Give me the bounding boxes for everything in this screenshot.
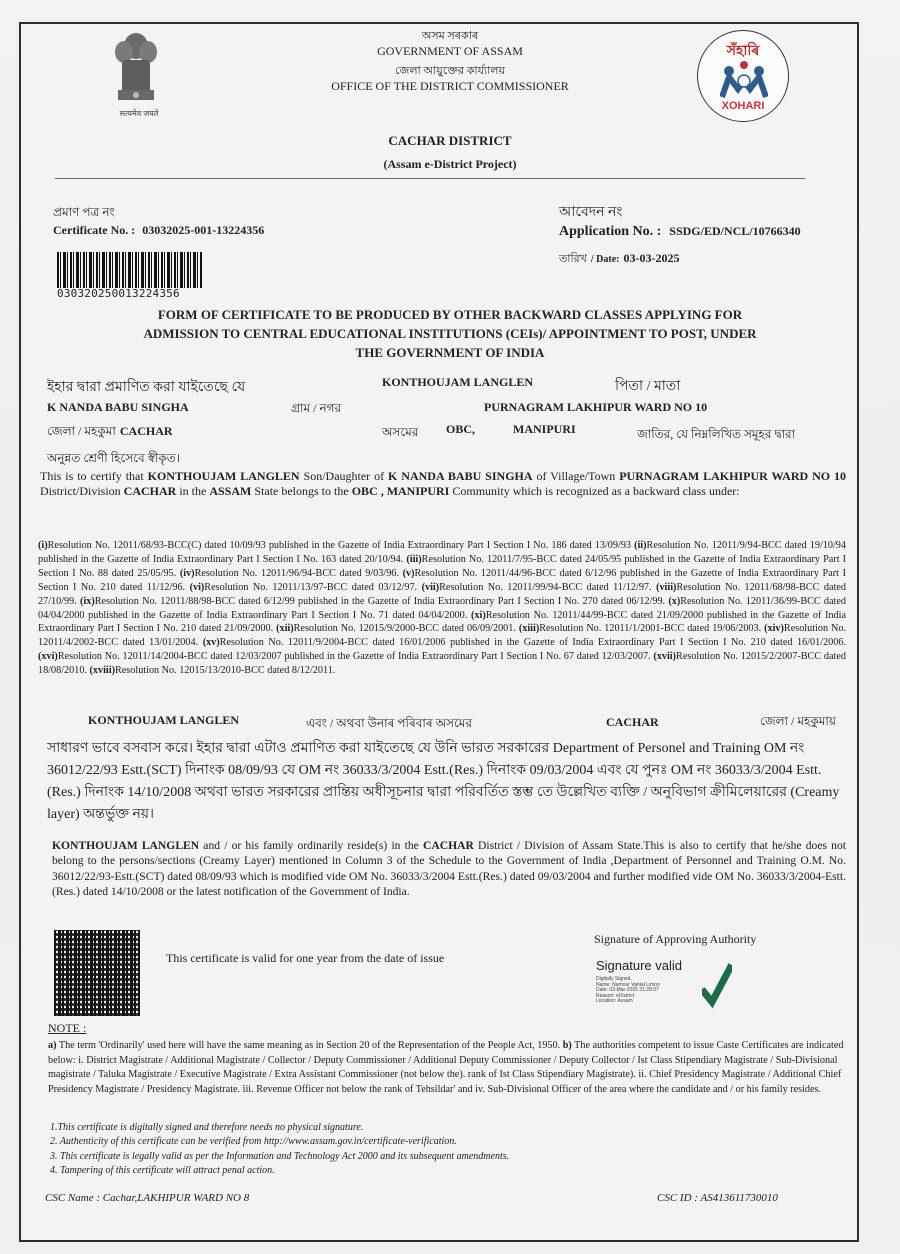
date-value: 03-03-2025 — [623, 251, 679, 265]
village-name: PURNAGRAM LAKHIPUR WARD NO 10 — [484, 400, 707, 415]
footnote: 1.This certificate is digitally signed a… — [50, 1121, 509, 1135]
resolution-number: (xvi) — [38, 651, 58, 662]
district-row-bn: জেলা / মহকুমা CACHAR — [47, 422, 173, 443]
recognized-bn: অনুন্নত শ্রেণী হিসেবে স্বীকৃত। — [47, 450, 180, 470]
resolution-text: Resolution No. 12011/13/97-BCC dated 03/… — [204, 582, 421, 593]
family-label-bn: এবং / অথবা উনাৰ পৰিবাৰ অসমের — [306, 715, 472, 735]
resolution-number: (vii) — [422, 582, 440, 593]
district-label-bn: জেলা / মহকুমা — [47, 424, 116, 438]
app-no-value: SSDG/ED/NCL/10766340 — [669, 224, 800, 238]
resolution-number: (xvii) — [653, 651, 676, 662]
resolution-text: Resolution No. 12011/9/2004-BCC dated 16… — [220, 637, 846, 648]
village-label-bn: গ্রাম / নগর — [291, 400, 341, 420]
resolution-text: Resolution No. 12011/68/93-BCC(C) dated … — [48, 540, 634, 551]
district-name: CACHAR — [120, 424, 173, 438]
logo-bottom-text: XOHARI — [698, 100, 788, 112]
footnote-verification-link[interactable]: 2. Authenticity of this certificate can … — [50, 1135, 509, 1149]
category: OBC, — [446, 422, 475, 437]
barcode-text: 030320250013224356 — [57, 287, 180, 300]
resolution-text: Resolution No. 12011/88/98-BCC dated 6/1… — [95, 596, 669, 607]
checkmark-icon — [702, 962, 732, 1012]
date-label: / Date: — [591, 254, 620, 265]
resolution-number: (xv) — [203, 637, 220, 648]
footnote: 3. This certificate is legally valid as … — [50, 1150, 509, 1164]
app-no-label: Application No. : — [559, 224, 661, 239]
form-title: FORM OF CERTIFICATE TO BE PRODUCED BY OT… — [0, 305, 900, 362]
community: MANIPURI — [513, 422, 576, 437]
cert-no-label-bn: প্রমাণ পত্র নং — [53, 204, 115, 224]
residence-bn-paragraph: সাধারণ ভাবে বসবাস করে। ইহার দ্বারা এটাও … — [47, 738, 847, 826]
resolution-text: Resolution No. 12011/14/2004-BCC dated 1… — [58, 651, 654, 662]
emblem-caption: सत्यमेव जयते — [104, 108, 174, 119]
parent-label-bn: পিতা / মাতা — [615, 374, 680, 398]
resolution-text: Resolution No. 12015/13/2010-BCC dated 8… — [115, 665, 335, 676]
resolution-number: (viii) — [656, 582, 676, 593]
note-label: NOTE : — [48, 1021, 86, 1036]
residence-name: KONTHOUJAM LANGLEN — [88, 713, 239, 728]
resolution-text: Resolution No. 12011/99/94-BCC dated 11/… — [439, 582, 656, 593]
resolution-text: Resolution No. 12015/9/2000-BCC dated 06… — [294, 623, 519, 634]
resolution-number: (xviii) — [90, 665, 115, 676]
app-no-row: Application No. : SSDG/ED/NCL/10766340 — [559, 222, 801, 240]
form-title-line: THE GOVERNMENT OF INDIA — [0, 343, 900, 362]
validity-text: This certificate is valid for one year f… — [166, 951, 444, 966]
certificate-page: सत्यमेव जयते সঁহাৰি XOHARI অসম সৰকাৰ GOV… — [0, 0, 900, 1254]
app-no-label-bn: আবেদন নং — [559, 200, 622, 224]
resolution-text: Resolution No. 12011/1/2001-BCC dated 19… — [539, 623, 764, 634]
resolution-number: (vi) — [190, 582, 205, 593]
resolution-number: (ix) — [80, 596, 95, 607]
date-row: তারিখ / Date: 03-03-2025 — [559, 249, 679, 269]
resolution-number: (x) — [668, 596, 680, 607]
footnote: 4. Tampering of this certificate will at… — [50, 1164, 509, 1178]
district-title: CACHAR DISTRICT — [0, 133, 900, 149]
state-label-bn: অসমের — [382, 424, 418, 444]
signature-label: Signature of Approving Authority — [594, 932, 756, 947]
qr-code-icon — [54, 930, 140, 1016]
resolution-number: (iv) — [180, 568, 195, 579]
certify-paragraph: This is to certify that KONTHOUJAM LANGL… — [40, 469, 846, 499]
resolution-number: (xii) — [276, 623, 294, 634]
caste-label-bn: জাতির, যে নিম্নলিখিত সমূহর দ্বারা — [637, 426, 795, 446]
district-suffix-bn: জেলা / মহকুমায় — [760, 713, 836, 733]
cert-no-row: Certificate No. : 03032025-001-13224356 — [53, 223, 264, 238]
office-title: OFFICE OF THE DISTRICT COMMISSIONER — [0, 79, 900, 94]
barcode-icon — [57, 252, 202, 288]
certify-bn: ইহার দ্বারা প্রমাণিত করা যাইতেছে যে — [47, 375, 245, 399]
resolution-number: (ii) — [634, 540, 646, 551]
residence-district: CACHAR — [606, 715, 659, 730]
resolution-number: (i) — [38, 540, 48, 551]
residence-paragraph: KONTHOUJAM LANGLEN and / or his family o… — [52, 838, 846, 900]
resolution-text: Resolution No. 12011/96/94-BCC dated 9/0… — [195, 568, 403, 579]
form-title-line: FORM OF CERTIFICATE TO BE PRODUCED BY OT… — [0, 305, 900, 324]
csc-name: CSC Name : Cachar,LAKHIPUR WARD NO 8 — [45, 1192, 249, 1204]
resolution-number: (xi) — [471, 610, 486, 621]
resolution-number: (iii) — [406, 554, 421, 565]
cert-no-value: 03032025-001-13224356 — [142, 223, 264, 237]
resolution-number: (xiii) — [519, 623, 539, 634]
resolution-number: (xiv) — [764, 623, 784, 634]
form-title-line: ADMISSION TO CENTRAL EDUCATIONAL INSTITU… — [0, 324, 900, 343]
footnotes: 1.This certificate is digitally signed a… — [50, 1121, 509, 1178]
date-label-bn: তারিখ — [559, 253, 587, 265]
header-divider — [55, 178, 805, 179]
cert-no-label: Certificate No. : — [53, 223, 135, 237]
note-text: a) The term 'Ordinarily' used here will … — [48, 1039, 848, 1097]
gov-title: GOVERNMENT OF ASSAM — [0, 44, 900, 59]
parent-name: K NANDA BABU SINGHA — [47, 400, 189, 415]
csc-id: CSC ID : AS413611730010 — [657, 1192, 778, 1204]
project-title: (Assam e-District Project) — [0, 157, 900, 172]
resolutions-list: (i)Resolution No. 12011/68/93-BCC(C) dat… — [38, 539, 846, 678]
applicant-name: KONTHOUJAM LANGLEN — [382, 375, 533, 390]
resolution-number: (v) — [403, 568, 415, 579]
